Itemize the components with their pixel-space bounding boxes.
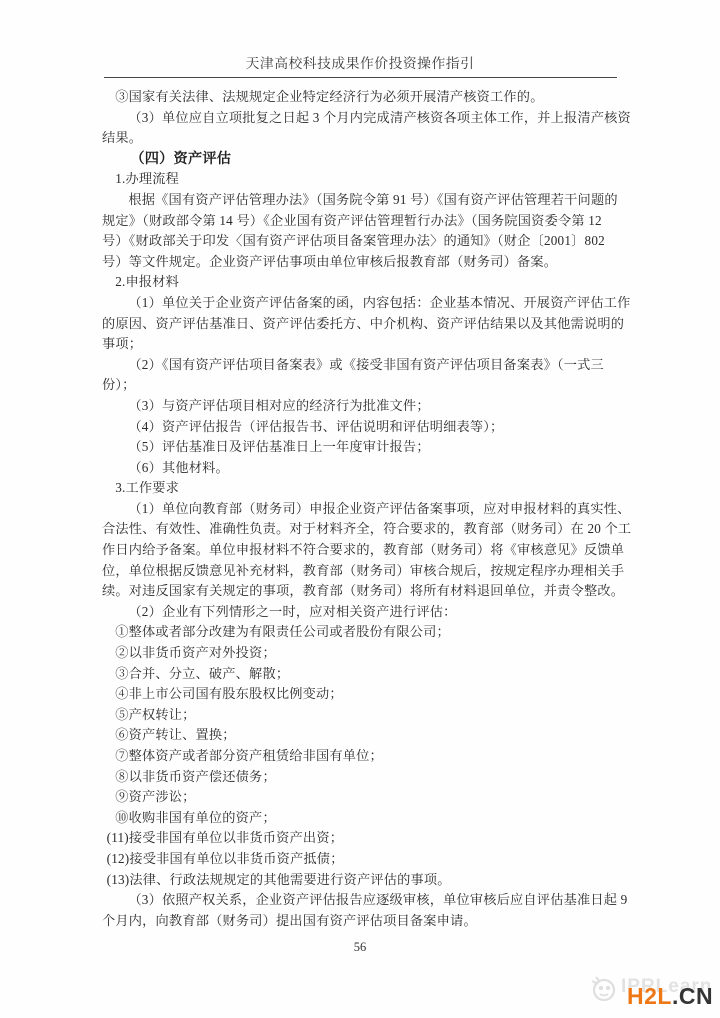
document-page: 天津高校科技成果作价投资操作指引 ③国家有关法律、法规规定企业特定经济行为必须开… bbox=[0, 0, 720, 1018]
page-number: 56 bbox=[0, 940, 720, 955]
text-line: 份）； bbox=[102, 375, 618, 396]
header-title: 天津高校科技成果作价投资操作指引 bbox=[0, 52, 720, 72]
text-line: (11)接受非国有单位以非货币资产出资； bbox=[102, 828, 618, 849]
text-line: 位，单位根据反馈意见补充材料，教育部（财务司）审核合规后，按规定程序办理相关手 bbox=[102, 561, 618, 582]
header-rule bbox=[104, 77, 617, 78]
text-line: 号）《财政部关于印发〈国有资产评估项目备案管理办法〉的通知》（财企〔2001〕8… bbox=[102, 231, 618, 252]
text-line: 规定》（财政部令第 14 号）《企业国有资产评估管理暂行办法》（国务院国资委令第… bbox=[102, 211, 618, 232]
text-line: ③国家有关法律、法规规定企业特定经济行为必须开展清产核资工作的。 bbox=[102, 87, 618, 108]
text-line: ⑦整体资产或者部分资产租赁给非国有单位； bbox=[102, 746, 618, 767]
watermark: IPRLearn H2L.CN bbox=[585, 966, 720, 1014]
watermark-brand-primary: H2L bbox=[627, 983, 672, 1009]
watermark-brand: H2L.CN bbox=[627, 983, 713, 1010]
text-line: 合法性、有效性、准确性负责。对于材料齐全，符合要求的，教育部（财务司）在 20 … bbox=[102, 519, 618, 540]
text-line: ⑤产权转让； bbox=[102, 705, 618, 726]
text-line: 3.工作要求 bbox=[102, 478, 618, 499]
watermark-logo-icon bbox=[589, 973, 621, 1005]
text-line: 事项； bbox=[102, 334, 618, 355]
text-line: 根据《国有资产评估管理办法》（国务院令第 91 号）《国有资产评估管理若干问题的 bbox=[102, 190, 618, 211]
text-line: 结果。 bbox=[102, 128, 618, 149]
text-line: 个月内，向教育部（财务司）提出国有资产评估项目备案申请。 bbox=[102, 911, 618, 932]
section-heading: （四）资产评估 bbox=[102, 149, 618, 170]
text-line: 1.办理流程 bbox=[102, 169, 618, 190]
text-line: ①整体或者部分改建为有限责任公司或者股份有限公司； bbox=[102, 622, 618, 643]
text-line: 作日内给予备案。单位申报材料不符合要求的，教育部（财务司）将《审核意见》反馈单 bbox=[102, 540, 618, 561]
watermark-brand-suffix: .CN bbox=[672, 983, 713, 1009]
text-line: 2.申报材料 bbox=[102, 272, 618, 293]
text-line: ⑧以非货币资产偿还债务； bbox=[102, 767, 618, 788]
text-line: 号）等文件规定。企业资产评估事项由单位审核后报教育部（财务司）备案。 bbox=[102, 252, 618, 273]
text-line: 续。对违反国家有关规定的事项，教育部（财务司）将所有材料退回单位，并责令整改。 bbox=[102, 581, 618, 602]
text-line: （1）单位关于企业资产评估备案的函，内容包括：企业基本情况、开展资产评估工作 bbox=[102, 293, 618, 314]
text-line: （5）评估基准日及评估基准日上一年度审计报告； bbox=[102, 437, 618, 458]
text-line: （6）其他材料。 bbox=[102, 458, 618, 479]
document-body: ③国家有关法律、法规规定企业特定经济行为必须开展清产核资工作的。（3）单位应自立… bbox=[102, 87, 618, 931]
text-line: （3）单位应自立项批复之日起 3 个月内完成清产核资各项主体工作，并上报清产核资 bbox=[102, 108, 618, 129]
text-line: ②以非货币资产对外投资； bbox=[102, 643, 618, 664]
text-line: （2）《国有资产评估项目备案表》或《接受非国有资产评估项目备案表》（一式三 bbox=[102, 355, 618, 376]
text-line: ⑩收购非国有单位的资产； bbox=[102, 808, 618, 829]
text-line: （3）依照产权关系，企业资产评估报告应逐级审核，单位审核后应自评估基准日起 9 bbox=[102, 890, 618, 911]
text-line: ③合并、分立、破产、解散； bbox=[102, 664, 618, 685]
text-line: (13)法律、行政法规规定的其他需要进行资产评估的事项。 bbox=[102, 870, 618, 891]
text-line: (12)接受非国有单位以非货币资产抵债； bbox=[102, 849, 618, 870]
text-line: （4）资产评估报告（评估报告书、评估说明和评估明细表等）； bbox=[102, 417, 618, 438]
text-line: ④非上市公司国有股东股权比例变动； bbox=[102, 684, 618, 705]
text-line: （3）与资产评估项目相对应的经济行为批准文件； bbox=[102, 396, 618, 417]
text-line: 的原因、资产评估基准日、资产评估委托方、中介机构、资产评估结果以及其他需说明的 bbox=[102, 314, 618, 335]
text-line: ⑨资产涉讼； bbox=[102, 787, 618, 808]
text-line: （2）企业有下列情形之一时，应对相关资产进行评估： bbox=[102, 602, 618, 623]
text-line: （1）单位向教育部（财务司）申报企业资产评估备案事项，应对申报材料的真实性、 bbox=[102, 499, 618, 520]
text-line: ⑥资产转让、置换； bbox=[102, 725, 618, 746]
